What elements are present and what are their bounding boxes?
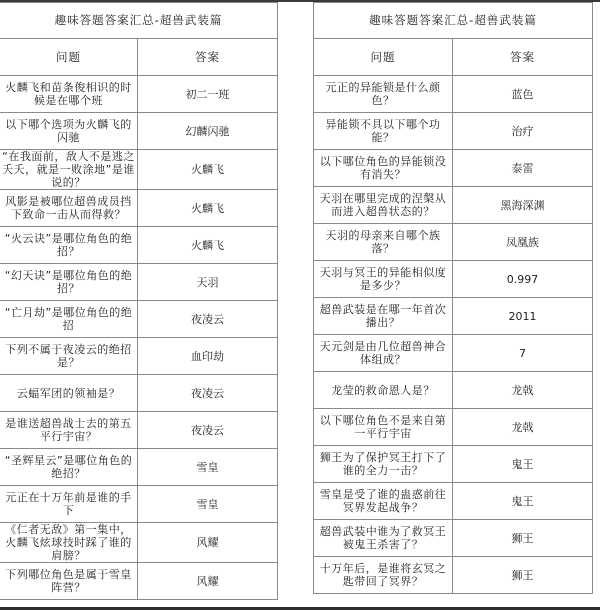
table-title-row: 趣味答题答案汇总-超兽武装篇	[314, 3, 593, 39]
table-row: “幻天诀”是哪位角色的绝招？天羽	[0, 264, 278, 301]
question-cell: 云蝠军团的领袖是？	[0, 375, 138, 412]
table-row: 天羽的母亲来自哪个族落？凤凰族	[314, 224, 593, 261]
question-cell: 天羽的母亲来自哪个族落？	[314, 224, 453, 261]
answer-cell: 泰雷	[453, 150, 593, 187]
answer-table-right: 趣味答题答案汇总-超兽武装篇 问题 答案 元正的异能锁是什么颜色？蓝色 异能锁不…	[313, 2, 593, 594]
answer-cell: 风耀	[138, 563, 278, 600]
table-row: 风影是被哪位超兽成员挡下致命一击从而得救？火麟飞	[0, 190, 278, 227]
column-header-answer: 答案	[453, 39, 593, 76]
question-cell: “火云诀”是哪位角色的绝招？	[0, 227, 138, 264]
table-title-row: 趣味答题答案汇总-超兽武装篇	[0, 3, 278, 39]
question-cell: 狮王为了保护冥王打下了谁的全力一击？	[314, 446, 453, 483]
table-row: 雪皇是受了谁的蛊惑前往冥界发起战争？鬼王	[314, 483, 593, 520]
question-cell: 天羽在哪里完成的涅槃从而进入超兽状态的？	[314, 187, 453, 224]
question-cell: 天羽与冥王的异能相似度是多少？	[314, 261, 453, 298]
answer-cell: 鬼王	[453, 446, 593, 483]
table-row: 超兽武装中谁为了救冥王被鬼王杀害了？狮王	[314, 520, 593, 557]
question-cell: 龙莹的救命恩人是？	[314, 372, 453, 409]
answer-table-left: 趣味答题答案汇总-超兽武装篇 问题 答案 火麟飞和苗条俊相识的时候是在哪个班初二…	[0, 2, 278, 600]
question-cell: “圣辉星云”是哪位角色的绝招？	[0, 449, 138, 486]
question-cell: 异能锁不具以下哪个功能？	[314, 113, 453, 150]
table-row: 天元剑是由几位超兽神合体组成？7	[314, 335, 593, 372]
table-row: 元正在十万年前是谁的手下雪皇	[0, 486, 278, 523]
column-header-question: 问题	[0, 39, 138, 76]
answer-cell: 天羽	[138, 264, 278, 301]
question-cell: 是谁送超兽战士去的第五平行宇宙？	[0, 412, 138, 449]
question-cell: 十万年后，是谁将玄冥之匙带回了冥界？	[314, 557, 453, 594]
answer-cell: 凤凰族	[453, 224, 593, 261]
answer-cell: 火麟飞	[138, 190, 278, 227]
table-row: “圣辉星云”是哪位角色的绝招？雪皇	[0, 449, 278, 486]
table-row: 火麟飞和苗条俊相识的时候是在哪个班初二一班	[0, 76, 278, 113]
answer-cell: 龙戟	[453, 409, 593, 446]
answer-cell: 黑海深渊	[453, 187, 593, 224]
answer-cell: 狮王	[453, 557, 593, 594]
question-cell: 雪皇是受了谁的蛊惑前往冥界发起战争？	[314, 483, 453, 520]
table-row: 元正的异能锁是什么颜色？蓝色	[314, 76, 593, 113]
table-row: 下列哪位角色是属于雪皇阵营？风耀	[0, 563, 278, 600]
table-row: 超兽武装是在哪一年首次播出？2011	[314, 298, 593, 335]
answer-cell: 雪皇	[138, 486, 278, 523]
table-row: 《仁者无敌》第一集中，火麟飞炫球技时踩了谁的肩膀？风耀	[0, 523, 278, 563]
answer-cell: 狮王	[453, 520, 593, 557]
question-cell: 以下哪位角色的异能锁没有消失？	[314, 150, 453, 187]
answer-cell: 治疗	[453, 113, 593, 150]
table-row: 异能锁不具以下哪个功能？治疗	[314, 113, 593, 150]
table-row: 以下哪个选项为火麟飞的闪驰幻麟闪驰	[0, 113, 278, 150]
column-header-question: 问题	[314, 39, 453, 76]
question-cell: 超兽武装是在哪一年首次播出？	[314, 298, 453, 335]
question-cell: 《仁者无敌》第一集中，火麟飞炫球技时踩了谁的肩膀？	[0, 523, 138, 563]
question-cell: 以下哪位角色不是来自第一平行宇宙	[314, 409, 453, 446]
question-cell: 元正的异能锁是什么颜色？	[314, 76, 453, 113]
answer-cell: 血印劫	[138, 338, 278, 375]
table-row: 以下哪位角色不是来自第一平行宇宙龙戟	[314, 409, 593, 446]
question-cell: 超兽武装中谁为了救冥王被鬼王杀害了？	[314, 520, 453, 557]
table-header-row: 问题 答案	[0, 39, 278, 76]
answer-cell: 初二一班	[138, 76, 278, 113]
answer-cell: 火麟飞	[138, 150, 278, 190]
answer-cell: 幻麟闪驰	[138, 113, 278, 150]
answer-cell: 雪皇	[138, 449, 278, 486]
table-title: 趣味答题答案汇总-超兽武装篇	[314, 3, 593, 39]
question-cell: 下列哪位角色是属于雪皇阵营？	[0, 563, 138, 600]
column-header-answer: 答案	[138, 39, 278, 76]
table-row: 天羽在哪里完成的涅槃从而进入超兽状态的？黑海深渊	[314, 187, 593, 224]
table-row: 下列不属于夜凌云的绝招是？血印劫	[0, 338, 278, 375]
table-row: 是谁送超兽战士去的第五平行宇宙？夜凌云	[0, 412, 278, 449]
table-row: 狮王为了保护冥王打下了谁的全力一击？鬼王	[314, 446, 593, 483]
answer-cell: 7	[453, 335, 593, 372]
table-row: “火云诀”是哪位角色的绝招？火麟飞	[0, 227, 278, 264]
table-row: “在我面前，敌人不是逃之夭夭，就是一败涂地”是谁说的？火麟飞	[0, 150, 278, 190]
question-cell: 火麟飞和苗条俊相识的时候是在哪个班	[0, 76, 138, 113]
table-header-row: 问题 答案	[314, 39, 593, 76]
answer-cell: 夜凌云	[138, 375, 278, 412]
question-cell: “幻天诀”是哪位角色的绝招？	[0, 264, 138, 301]
table-row: 龙莹的救命恩人是？龙戟	[314, 372, 593, 409]
answer-cell: 风耀	[138, 523, 278, 563]
answer-cell: 蓝色	[453, 76, 593, 113]
table-row: 以下哪位角色的异能锁没有消失？泰雷	[314, 150, 593, 187]
answer-cell: 夜凌云	[138, 412, 278, 449]
question-cell: 下列不属于夜凌云的绝招是？	[0, 338, 138, 375]
table-row: 十万年后，是谁将玄冥之匙带回了冥界？狮王	[314, 557, 593, 594]
answer-cell: 龙戟	[453, 372, 593, 409]
table-row: “亡月劫”是哪位角色的绝招夜凌云	[0, 301, 278, 338]
answer-cell: 2011	[453, 298, 593, 335]
table-row: 天羽与冥王的异能相似度是多少？0.997	[314, 261, 593, 298]
question-cell: “亡月劫”是哪位角色的绝招	[0, 301, 138, 338]
table-title: 趣味答题答案汇总-超兽武装篇	[0, 3, 278, 39]
answer-cell: 火麟飞	[138, 227, 278, 264]
answer-cell: 夜凌云	[138, 301, 278, 338]
question-cell: 元正在十万年前是谁的手下	[0, 486, 138, 523]
question-cell: “在我面前，敌人不是逃之夭夭，就是一败涂地”是谁说的？	[0, 150, 138, 190]
question-cell: 以下哪个选项为火麟飞的闪驰	[0, 113, 138, 150]
answer-cell: 0.997	[453, 261, 593, 298]
question-cell: 天元剑是由几位超兽神合体组成？	[314, 335, 453, 372]
table-row: 云蝠军团的领袖是？夜凌云	[0, 375, 278, 412]
question-cell: 风影是被哪位超兽成员挡下致命一击从而得救？	[0, 190, 138, 227]
answer-cell: 鬼王	[453, 483, 593, 520]
